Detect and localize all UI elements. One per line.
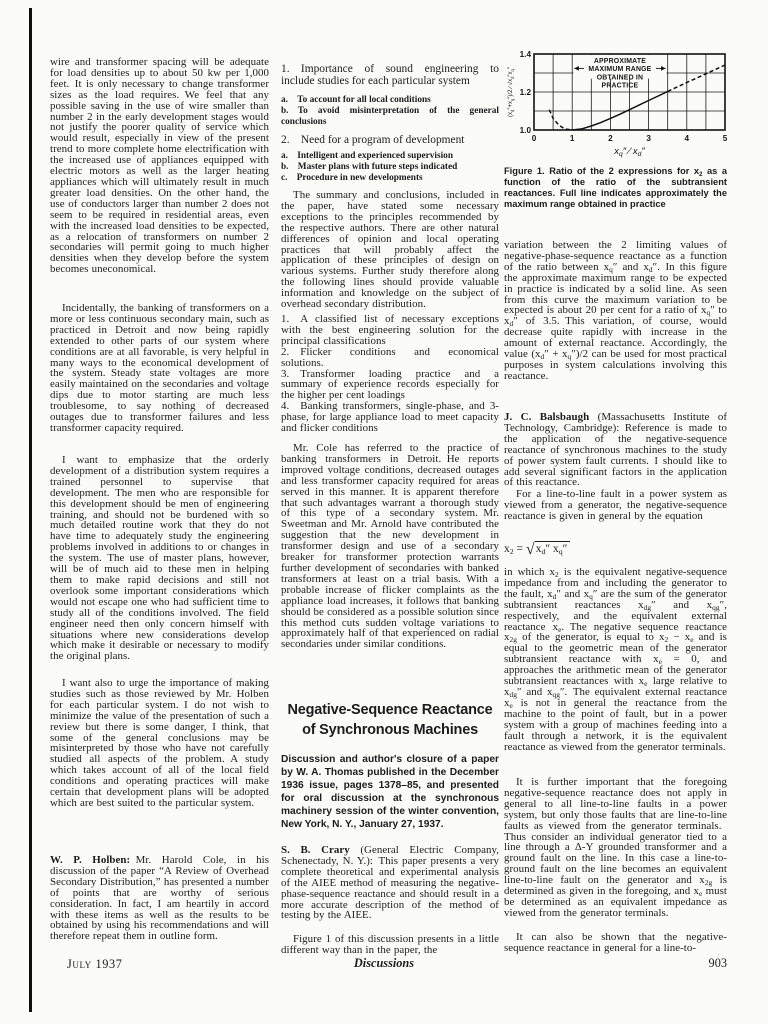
- svg-text:MAXIMUM RANGE: MAXIMUM RANGE: [588, 66, 651, 73]
- paragraph: wire and transformer spacing will be ade…: [50, 57, 269, 275]
- outline-item: 2. Need for a program of development: [281, 134, 499, 146]
- list-item: c. Procedure in new developments: [281, 173, 499, 184]
- svg-text:1.0: 1.0: [520, 126, 532, 135]
- svg-text:APPROXIMATE: APPROXIMATE: [594, 58, 646, 65]
- outline-item: 1. Importance of sound engineering to in…: [281, 63, 499, 87]
- radical-sign: √: [526, 541, 535, 558]
- svg-text:1.4: 1.4: [520, 50, 532, 59]
- discussion-intro: Discussion and author's closure of a pap…: [281, 753, 499, 831]
- footer-page-number: 903: [709, 956, 727, 971]
- right-column: 1.01.21.4012345APPROXIMATEMAXIMUM RANGEO…: [504, 0, 727, 1024]
- svg-text:1: 1: [570, 134, 575, 143]
- speaker-paragraph-crary: S. B. Crary (General Electric Company, S…: [281, 845, 499, 921]
- equation: x2 = √xd″ xq″: [504, 541, 727, 559]
- outline-sublist: a. Intelligent and experienced supervisi…: [281, 151, 499, 184]
- section-title: Negative-Sequence Reactance of Synchrono…: [281, 700, 499, 740]
- svg-text:OBTAINED IN: OBTAINED IN: [597, 74, 643, 81]
- figure-1-caption: Figure 1. Ratio of the 2 expressions for…: [504, 166, 727, 210]
- section-title-line: Negative-Sequence Reactance: [281, 700, 499, 720]
- speaker-paragraph-balsbaugh: J. C. Balsbaugh (Massachusetts Institute…: [504, 412, 727, 488]
- paragraph: in which x2 is the equivalent negative-s…: [504, 567, 727, 752]
- list-item: 4. Banking transformers, single-phase, a…: [281, 401, 499, 434]
- svg-text:1.2: 1.2: [520, 88, 532, 97]
- page: { "footer": { "left": "July 1937", "cent…: [0, 0, 768, 1024]
- chart-y-axis-label: (xd″+xq″)/2 ∕ √xd″xq″: [507, 66, 515, 117]
- paragraph: The summary and conclusions, included in…: [281, 190, 499, 310]
- section-title-line: of Synchronous Machines: [281, 720, 499, 740]
- scan-edge-line: [29, 8, 32, 1012]
- paragraph: I want also to urge the importance of ma…: [50, 678, 269, 809]
- svg-text:5: 5: [723, 134, 727, 143]
- footer-journal-section: Discussions: [0, 956, 768, 971]
- svg-text:2: 2: [608, 134, 613, 143]
- paragraph: Incidentally, the banking of transformer…: [50, 303, 269, 434]
- svg-text:0: 0: [532, 134, 537, 143]
- svg-text:4: 4: [685, 134, 690, 143]
- list-item: 2. Flicker conditions and economical sol…: [281, 347, 499, 369]
- speaker-paragraph-holben: W. P. Holben: Mr. Harold Cole, in his di…: [50, 855, 269, 942]
- paragraph: It is further important that the foregoi…: [504, 777, 727, 919]
- left-column: wire and transformer spacing will be ade…: [50, 0, 269, 1024]
- paragraph: Mr. Cole has referred to the practice of…: [281, 443, 499, 650]
- equation-radicand: xd″ xq″: [535, 541, 571, 555]
- exceptions-list: 1. A classified list of necessary except…: [281, 314, 499, 434]
- paragraph: I want to emphasize that the orderly dev…: [50, 455, 269, 662]
- list-item: b. Master plans with future steps indica…: [281, 162, 499, 173]
- list-item: 3. Transformer loading practice and a su…: [281, 369, 499, 402]
- middle-column: 1. Importance of sound engineering to in…: [281, 0, 499, 1024]
- paragraph: It can also be shown that the negative-s…: [504, 932, 727, 954]
- paragraph: variation between the 2 limiting values …: [504, 240, 727, 382]
- list-item: b. To avoid misinterpretation of the gen…: [281, 106, 499, 128]
- paragraph: Figure 1 of this discussion presents in …: [281, 934, 499, 956]
- svg-text:3: 3: [646, 134, 651, 143]
- svg-text:PRACTICE: PRACTICE: [602, 83, 639, 90]
- list-item: 1. A classified list of necessary except…: [281, 314, 499, 347]
- outline-sublist: a. To account for all local conditions b…: [281, 95, 499, 128]
- equation-lhs: x2 =: [504, 543, 523, 555]
- list-item: a. To account for all local conditions: [281, 95, 499, 106]
- figure-1-chart: 1.01.21.4012345APPROXIMATEMAXIMUM RANGEO…: [504, 50, 727, 162]
- list-item: a. Intelligent and experienced supervisi…: [281, 151, 499, 162]
- paragraph: For a line-to-line fault in a power syst…: [504, 489, 727, 522]
- chart-x-axis-label: xq″ ∕ xd″: [613, 146, 645, 158]
